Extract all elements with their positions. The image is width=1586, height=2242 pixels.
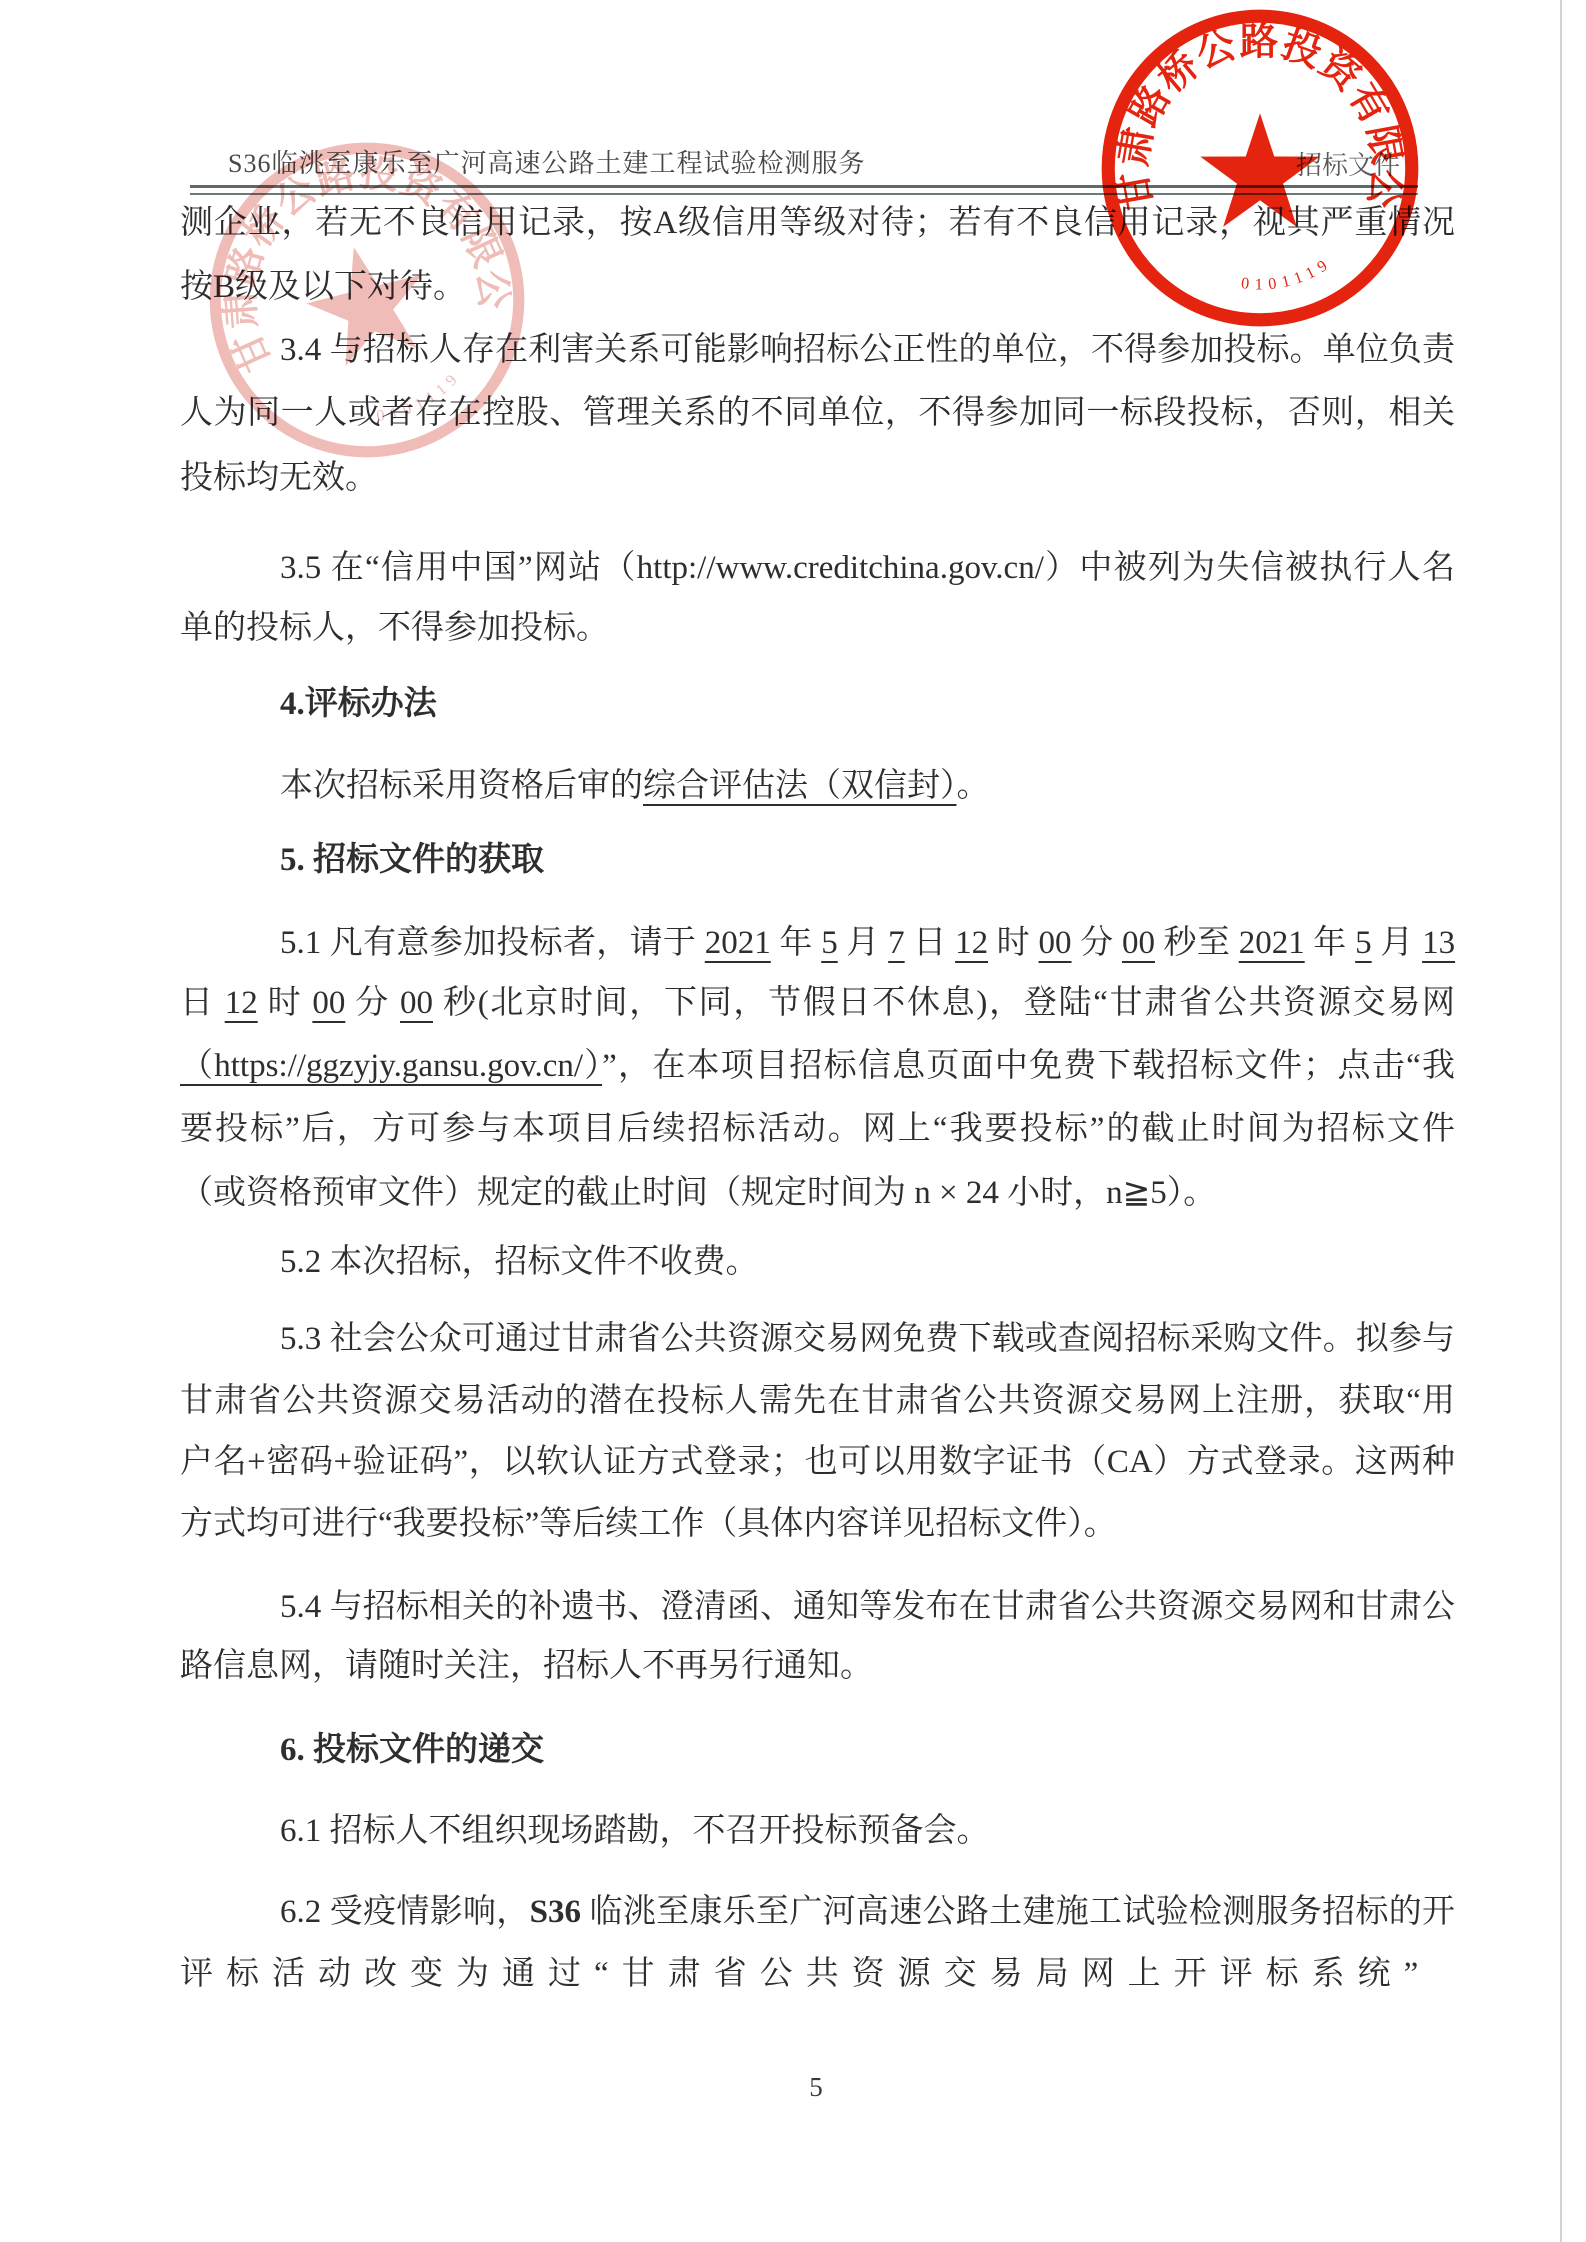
- text-run: 时: [258, 985, 313, 1021]
- text-run: （或资格预审文件）规定的截止时间（规定时间为 n × 24 小时，n≧5）。: [180, 1175, 1216, 1211]
- page-number: 5: [766, 2072, 866, 2103]
- underlined-text: 00: [400, 985, 433, 1021]
- text-run: 方式均可进行“我要投标”等后续工作（具体内容详见招标文件）。: [180, 1506, 1117, 1542]
- text-run: 分: [1072, 925, 1122, 961]
- text-line: 5.4 与招标相关的补遗书、澄清函、通知等发布在甘肃省公共资源交易网和甘肃公: [180, 1585, 1455, 1629]
- underlined-text: （https://ggzyjy.gansu.gov.cn/）: [180, 1048, 602, 1084]
- text-run: 月: [838, 925, 888, 961]
- svg-text:甘肃路桥公路投资有限公司: 甘肃路桥公路投资有限公司: [158, 91, 521, 390]
- text-line: 要投标”后，方可参与本项目后续招标活动。网上“我要投标”的截止时间为招标文件: [180, 1107, 1455, 1151]
- text-run: 5. 招标文件的获取: [280, 842, 544, 878]
- text-line: 本次招标采用资格后审的综合评估法（双信封）。: [180, 764, 1455, 808]
- text-line: 5.1 凡有意参加投标者，请于 2021 年 5 月 7 日 12 时 00 分…: [180, 921, 1455, 965]
- text-line: 路信息网，请随时关注，招标人不再另行通知。: [180, 1644, 1455, 1688]
- underlined-text: 00: [1122, 925, 1155, 961]
- text-run: 时: [988, 925, 1038, 961]
- text-line: 单的投标人，不得参加投标。: [180, 606, 1455, 650]
- underlined-text: 2021: [705, 925, 771, 961]
- text-line: 甘肃省公共资源交易活动的潜在投标人需先在甘肃省公共资源交易网上注册，获取“用: [180, 1379, 1455, 1423]
- text-run: 5.2 本次招标，招标文件不收费。: [280, 1244, 759, 1280]
- text-run: 秒至: [1155, 925, 1239, 961]
- text-line: 日 12 时 00 分 00 秒(北京时间，下同，节假日不休息)，登陆“甘肃省公…: [180, 981, 1455, 1025]
- text-run: 日: [905, 925, 955, 961]
- text-line: 5.2 本次招标，招标文件不收费。: [180, 1240, 1455, 1284]
- text-run: 户名+密码+验证码”，以软认证方式登录；也可以用数字证书（CA）方式登录。这两种: [180, 1444, 1455, 1480]
- underlined-text: 12: [225, 985, 258, 1021]
- text-run: 甘肃省公共资源交易活动的潜在投标人需先在甘肃省公共资源交易网上注册，获取“用: [180, 1383, 1455, 1419]
- text-run: 月: [1372, 925, 1422, 961]
- document-page: S36临洮至康乐至广河高速公路土建工程试验检测服务 招标文件 测企业，若无不良信…: [0, 0, 1586, 2242]
- text-line: 4.评标办法: [180, 682, 1455, 726]
- text-line: 户名+密码+验证码”，以软认证方式登录；也可以用数字证书（CA）方式登录。这两种: [180, 1440, 1455, 1484]
- seal-serial-text: 0101119: [1240, 254, 1335, 293]
- text-run: 年: [771, 925, 821, 961]
- text-line: （或资格预审文件）规定的截止时间（规定时间为 n × 24 小时，n≧5）。: [180, 1171, 1455, 1215]
- text-run: 单的投标人，不得参加投标。: [180, 610, 609, 646]
- svg-text:0101119: 0101119: [1240, 254, 1335, 293]
- text-line: 5.3 社会公众可通过甘肃省公共资源交易网免费下载或查阅招标采购文件。拟参与: [180, 1317, 1455, 1361]
- text-run: 6.1 招标人不组织现场踏勘，不召开投标预备会。: [280, 1813, 990, 1849]
- star-icon: [296, 233, 439, 372]
- text-run: 6.2 受疫情影响，: [280, 1894, 530, 1930]
- text-run: 本次招标采用资格后审的: [280, 768, 643, 804]
- text-run: 6. 投标文件的递交: [280, 1732, 544, 1768]
- text-run: 5.1 凡有意参加投标者，请于: [280, 925, 705, 961]
- underlined-text: 00: [1039, 925, 1072, 961]
- underlined-text: 5: [1355, 925, 1372, 961]
- text-run: 要投标”后，方可参与本项目后续招标活动。网上“我要投标”的截止时间为招标文件: [180, 1111, 1455, 1147]
- text-run: S36: [530, 1894, 581, 1930]
- text-line: 6.2 受疫情影响，S36 临洮至康乐至广河高速公路土建施工试验检测服务招标的开: [180, 1890, 1455, 1934]
- text-line: 6. 投标文件的递交: [180, 1728, 1455, 1772]
- text-run: 秒: [433, 985, 478, 1021]
- underlined-text: 00: [312, 985, 345, 1021]
- text-run: 分: [345, 985, 400, 1021]
- text-run: 3.5 在“信用中国”网站（http://www.creditchina.gov…: [280, 550, 1455, 586]
- text-line: 3.5 在“信用中国”网站（http://www.creditchina.gov…: [180, 546, 1455, 590]
- text-line: 5. 招标文件的获取: [180, 838, 1455, 882]
- text-line: 方式均可进行“我要投标”等后续工作（具体内容详见招标文件）。: [180, 1502, 1455, 1546]
- scan-edge-artifact: [1560, 0, 1562, 2242]
- underlined-text: 12: [955, 925, 988, 961]
- text-run: 路信息网，请随时关注，招标人不再另行通知。: [180, 1648, 873, 1684]
- text-line: 6.1 招标人不组织现场踏勘，不召开投标预备会。: [180, 1809, 1455, 1853]
- company-seal-stamp: 甘肃路桥公路投资有限公司 0101119: [1088, 0, 1432, 340]
- underlined-text: 13: [1422, 925, 1455, 961]
- underlined-text: 5: [821, 925, 838, 961]
- text-run: 临洮至康乐至广河高速公路土建施工试验检测服务招标的开: [581, 1894, 1455, 1930]
- text-run: 4.评标办法: [280, 686, 437, 722]
- text-run: ”，在本项目招标信息页面中免费下载招标文件；点击“我: [602, 1048, 1455, 1084]
- text-run: (北京时间，下同，节假日不休息)，登陆“甘肃省公共资源交易网: [478, 985, 1455, 1021]
- text-run: 5.4 与招标相关的补遗书、澄清函、通知等发布在甘肃省公共资源交易网和甘肃公: [280, 1589, 1455, 1625]
- text-run: 年: [1305, 925, 1355, 961]
- text-run: 。: [957, 768, 990, 804]
- text-run: 5.3 社会公众可通过甘肃省公共资源交易网免费下载或查阅招标采购文件。拟参与: [280, 1321, 1455, 1357]
- text-line: （https://ggzyjy.gansu.gov.cn/）”，在本项目招标信息…: [180, 1044, 1455, 1088]
- text-line: 评标活动改变为通过“甘肃省公共资源交易局网上开评标系统”: [180, 1952, 1455, 1996]
- seal-company-text: 甘肃路桥公路投资有限公司: [158, 91, 521, 390]
- underlined-text: 7: [888, 925, 905, 961]
- text-run: 日: [180, 985, 225, 1021]
- underlined-text: 综合评估法（双信封）: [643, 768, 957, 804]
- underlined-text: 2021: [1239, 925, 1305, 961]
- text-run: 评标活动改变为通过“甘肃省公共资源交易局网上开评标系统”: [180, 1956, 1431, 1992]
- star-icon: [1200, 113, 1319, 227]
